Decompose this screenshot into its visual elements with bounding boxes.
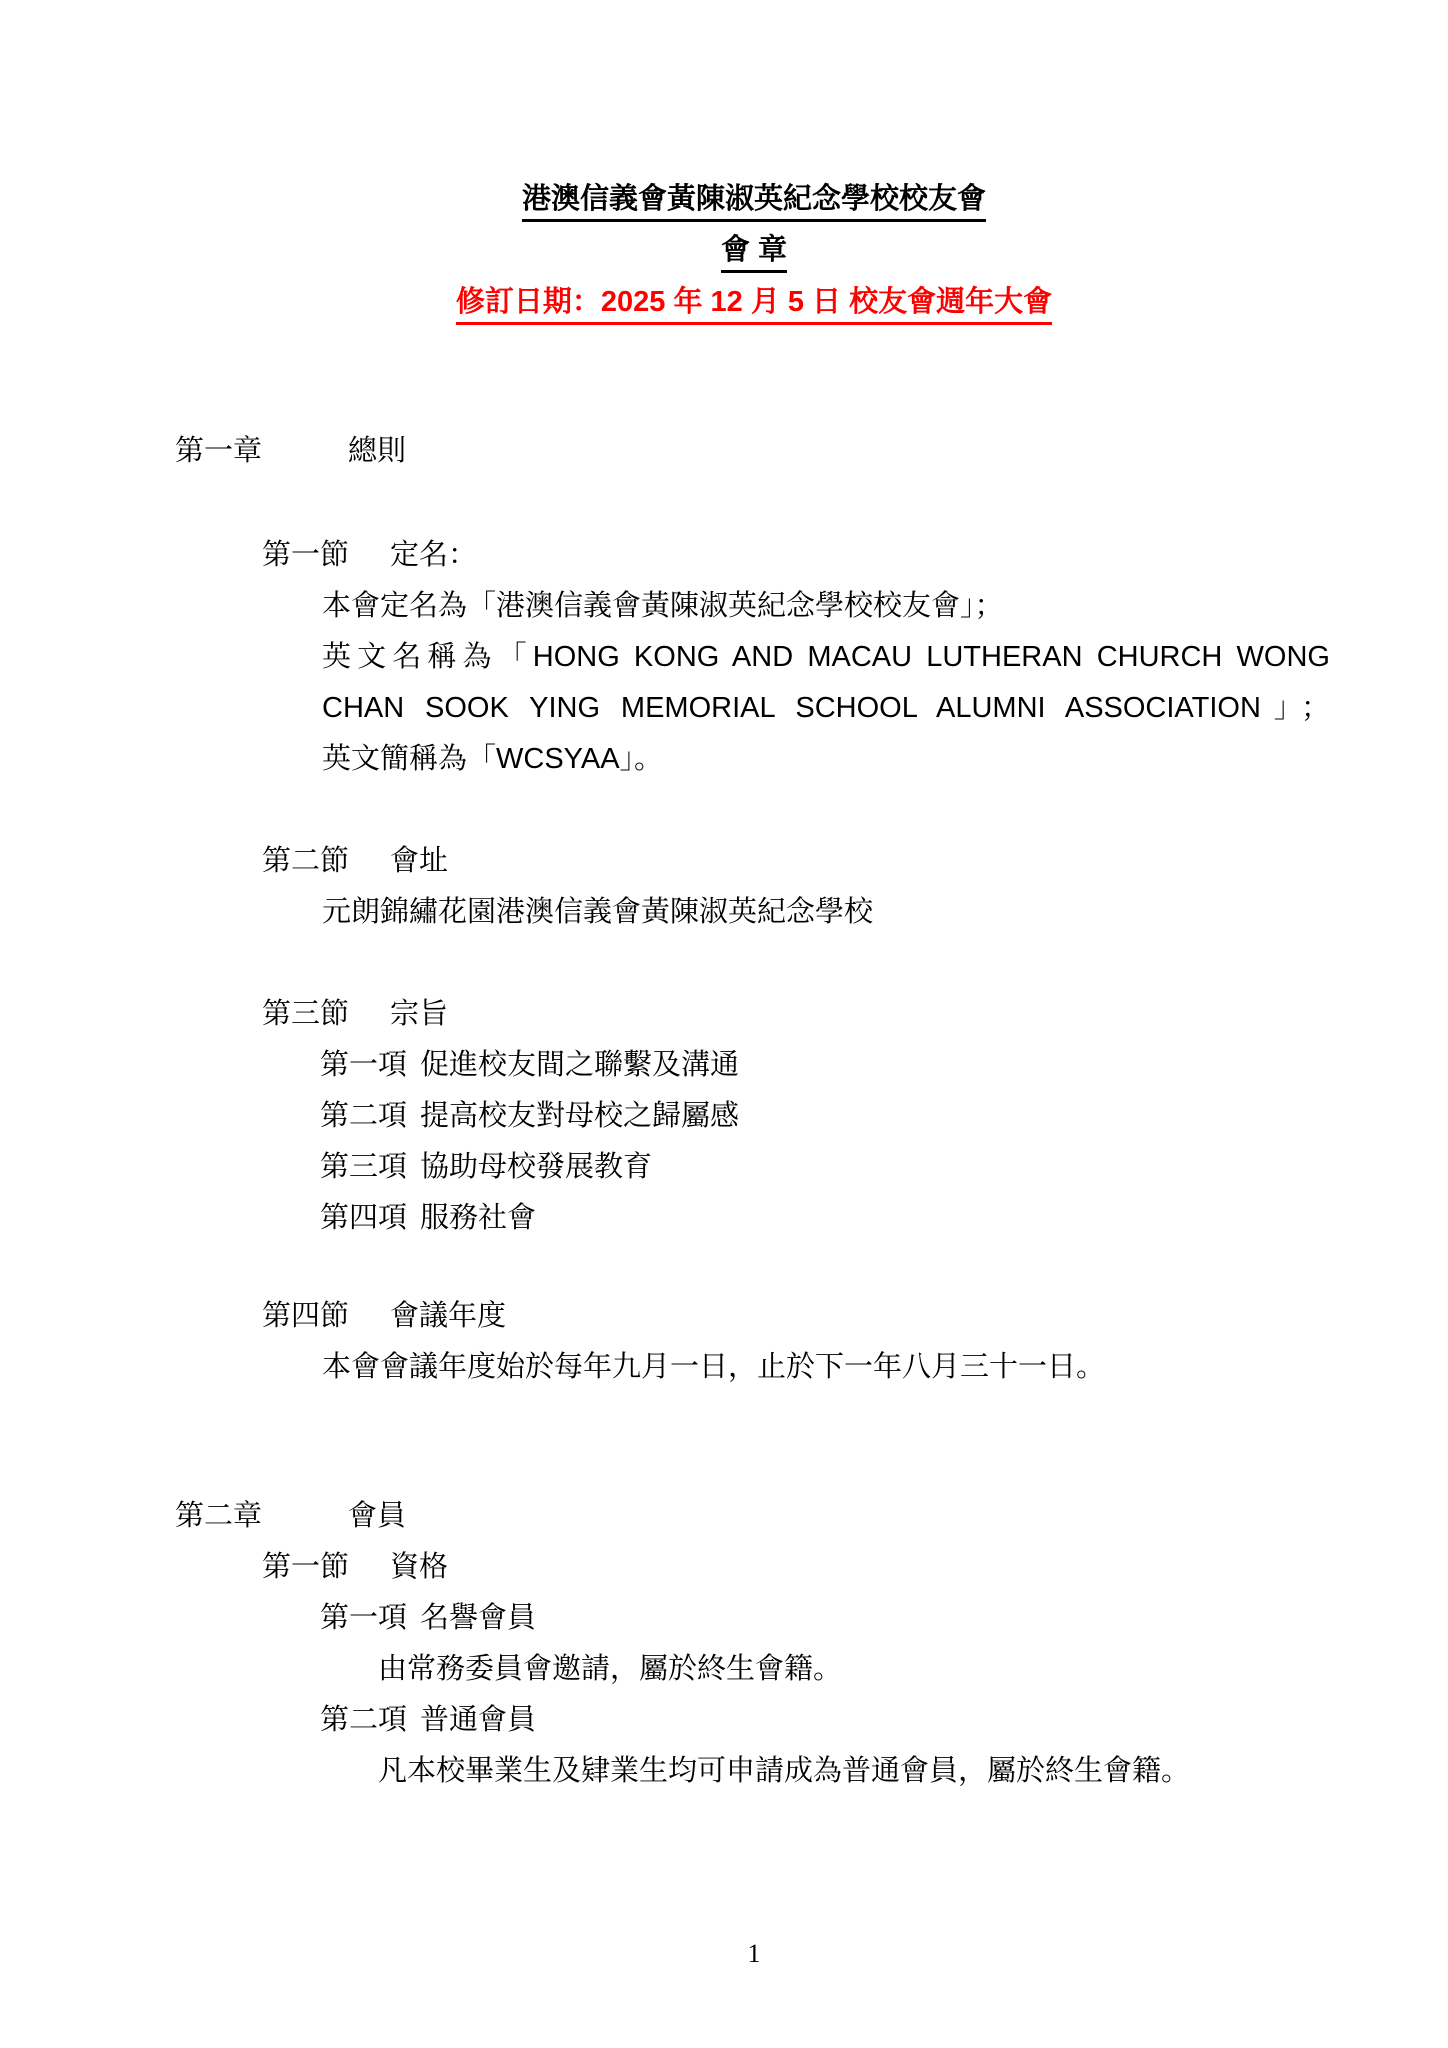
doc-title-line: 港澳信義會黃陳淑英紀念學校校友會 (175, 181, 1333, 222)
ch1-section2-title: 會址 (390, 843, 448, 879)
revision-note-line: 修訂日期：2025 年 12 月 5 日 校友會週年大會 (175, 284, 1333, 325)
ch1-s3-item-number: 第一項 (320, 1047, 407, 1083)
ch1-s3-item-number: 第二項 (320, 1098, 407, 1134)
ch1-s1-paragraph-line-3: CHAN SOOK YING MEMORIAL SCHOOL ALUMNI AS… (322, 690, 1330, 726)
ch1-s3-item-number: 第四項 (320, 1200, 407, 1236)
doc-subtitle-line: 會 章 (175, 232, 1333, 273)
ch1-section2-number: 第二節 (262, 843, 349, 879)
chapter1-number: 第一章 (175, 433, 262, 469)
page-number: 1 (175, 1936, 1333, 1972)
ch2-section1-title: 資格 (390, 1549, 448, 1585)
ch2-s1-item2-title: 普通會員 (420, 1702, 536, 1738)
ch1-s3-item-text: 服務社會 (420, 1200, 536, 1236)
ch1-section1-title: 定名： (390, 537, 477, 573)
ch1-s4-body: 本會會議年度始於每年九月一日，止於下一年八月三十一日。 (322, 1349, 1105, 1385)
chapter1-title: 總則 (348, 433, 406, 469)
ch1-section3-title: 宗旨 (390, 996, 448, 1032)
document-page: 港澳信義會黃陳淑英紀念學校校友會 會 章 修訂日期：2025 年 12 月 5 … (0, 0, 1448, 2048)
ch2-s1-item2-number: 第二項 (320, 1702, 407, 1738)
ch2-s1-item1-number: 第一項 (320, 1600, 407, 1636)
ch1-s3-item-text: 促進校友間之聯繫及溝通 (420, 1047, 739, 1083)
ch2-s1-item1-body: 由常務委員會邀請，屬於終生會籍。 (378, 1651, 842, 1687)
doc-subtitle: 會 章 (721, 232, 787, 273)
ch1-s3-item-text: 協助母校發展教育 (420, 1149, 652, 1185)
ch1-s3-item-number: 第三項 (320, 1149, 407, 1185)
revision-note: 修訂日期：2025 年 12 月 5 日 校友會週年大會 (456, 284, 1052, 325)
ch1-section1-number: 第一節 (262, 537, 349, 573)
ch1-section4-number: 第四節 (262, 1298, 349, 1334)
ch1-section3-number: 第三節 (262, 996, 349, 1032)
ch1-s1-paragraph-line-1: 本會定名為「港澳信義會黃陳淑英紀念學校校友會」； (322, 588, 1004, 624)
ch1-s3-item-text: 提高校友對母校之歸屬感 (420, 1098, 739, 1134)
chapter2-number: 第二章 (175, 1498, 262, 1534)
ch2-section1-number: 第一節 (262, 1549, 349, 1585)
ch1-section4-title: 會議年度 (390, 1298, 506, 1334)
chapter2-title: 會員 (348, 1498, 406, 1534)
ch1-s2-body: 元朗錦繡花園港澳信義會黃陳淑英紀念學校 (322, 894, 873, 930)
ch1-s1-paragraph-line-2: 英文名稱為「HONG KONG AND MACAU LUTHERAN CHURC… (322, 639, 1330, 675)
ch2-s1-item2-body: 凡本校畢業生及肄業生均可申請成為普通會員，屬於終生會籍。 (378, 1753, 1190, 1789)
doc-title: 港澳信義會黃陳淑英紀念學校校友會 (522, 181, 986, 222)
ch1-s1-paragraph-line-4: 英文簡稱為「WCSYAA」。 (322, 741, 663, 777)
ch2-s1-item1-title: 名譽會員 (420, 1600, 536, 1636)
